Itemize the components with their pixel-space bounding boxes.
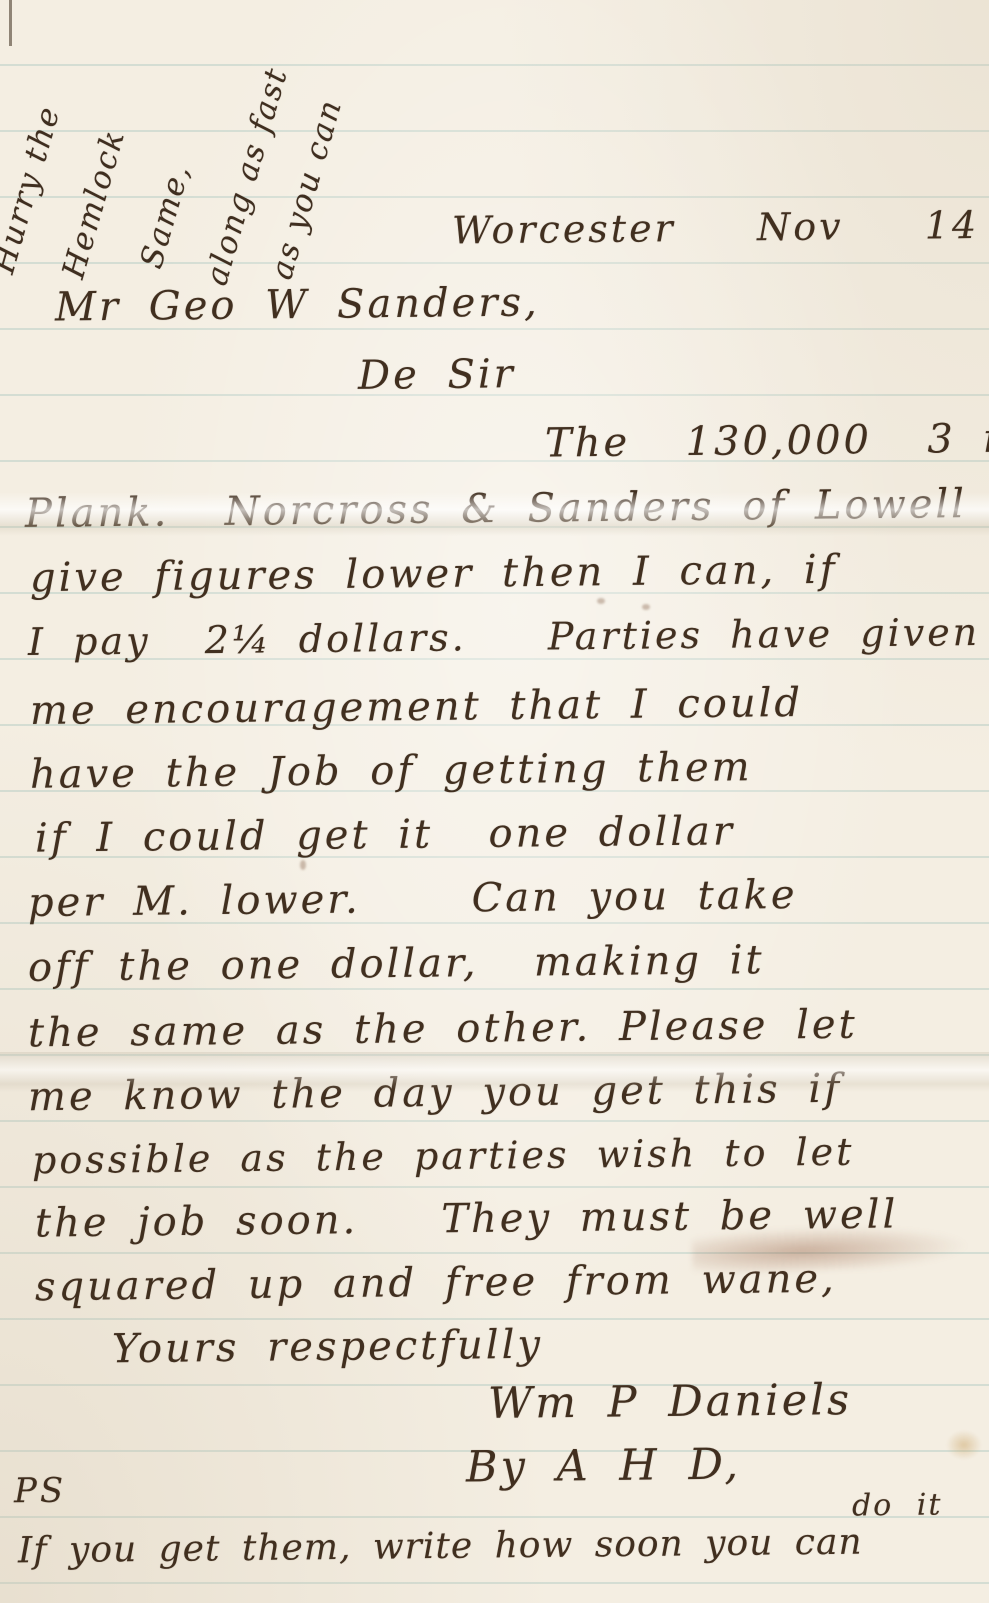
ink-speck bbox=[597, 598, 605, 604]
ps-label: PS bbox=[14, 1474, 67, 1510]
ink-speck bbox=[642, 604, 650, 610]
letter-body-line: if I could get it one dollar bbox=[35, 810, 735, 859]
letter-body-line: have the Job of getting them bbox=[30, 746, 753, 796]
letter-body-line: off the one dollar, making it bbox=[28, 939, 765, 989]
letter-page: Hurry the Hemlock Same, along as fast as… bbox=[0, 0, 989, 1603]
signature-by-line: By A H D, bbox=[466, 1443, 742, 1491]
date-line: Worcester Nov 14 19 bbox=[452, 205, 989, 252]
letter-body-line: me encouragement that I could bbox=[30, 682, 803, 732]
letter-body-line: possible as the parties wish to let bbox=[32, 1133, 855, 1182]
recipient-line: Mr Geo W Sanders, bbox=[55, 281, 540, 328]
letter-body-line: give figures lower then I can, if bbox=[30, 549, 838, 599]
letter-body-line: The 130,000 3 in bbox=[545, 417, 989, 464]
letter-body-line: the same as the other. Please let bbox=[28, 1004, 858, 1055]
signature: Wm P Daniels bbox=[488, 1378, 853, 1427]
letter-body-line: per M. lower. Can you take bbox=[28, 874, 798, 924]
letter-body-line: Plank. Norcross & Sanders of Lowell bbox=[25, 483, 967, 535]
stain-spot bbox=[946, 1430, 982, 1460]
ink-speck bbox=[300, 860, 306, 870]
margin-note-line: Hurry the bbox=[0, 101, 70, 278]
valediction: Yours respectfully bbox=[112, 1324, 543, 1371]
letter-body-line: I pay 2¼ dollars. Parties have given bbox=[28, 613, 981, 663]
salutation-line: De Sir bbox=[358, 353, 516, 397]
letter-body-line: me know the day you get this if bbox=[28, 1068, 842, 1119]
scan-edge-mark bbox=[9, 0, 12, 46]
margin-note-line: Hemlock bbox=[55, 125, 134, 283]
ps-insertion: do it bbox=[852, 1490, 943, 1522]
ps-line: If you get them, write how soon you can bbox=[18, 1524, 863, 1571]
ink-smear bbox=[691, 1221, 970, 1275]
margin-note-line: Same, bbox=[133, 159, 199, 273]
